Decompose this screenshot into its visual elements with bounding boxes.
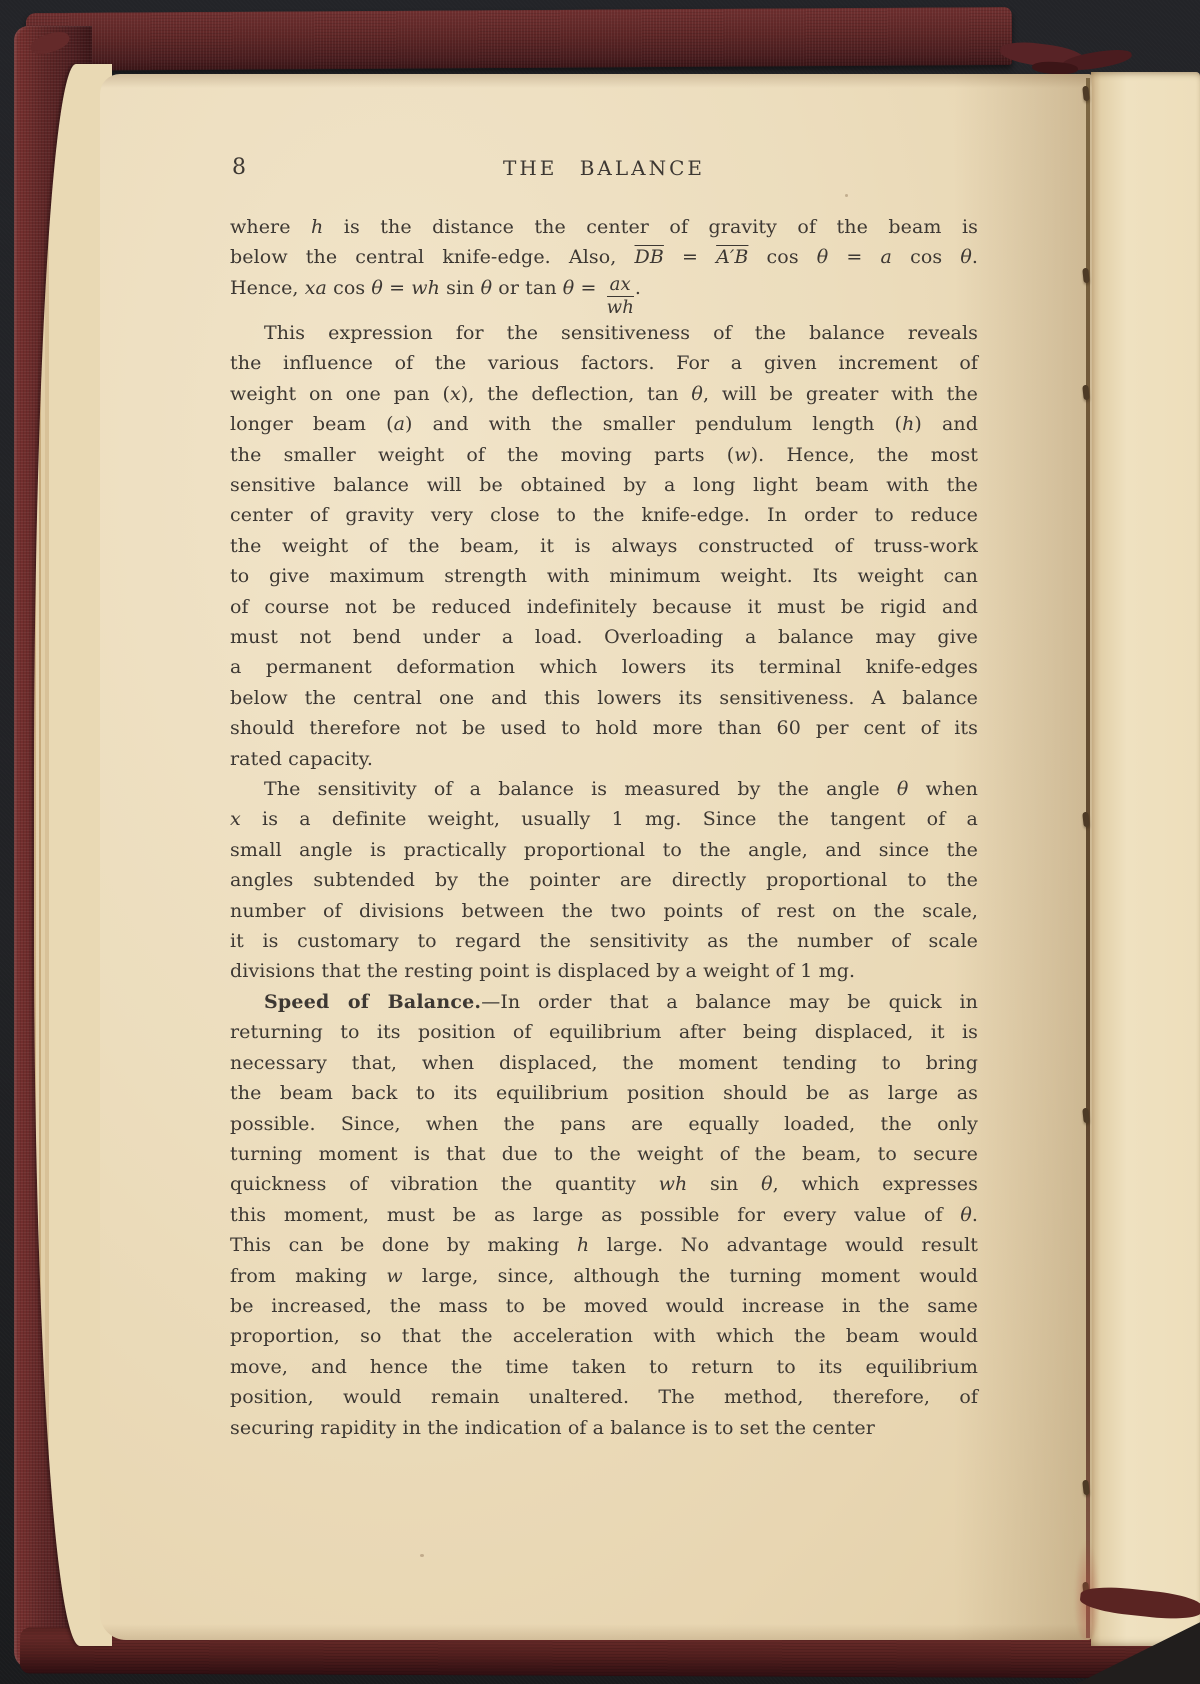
page-title: THE BALANCE — [230, 154, 978, 182]
paper-speck — [420, 1554, 424, 1557]
text-line: must not bend under a load. Overloading … — [230, 622, 978, 652]
running-head: 8 THE BALANCE — [230, 154, 978, 182]
text-line: it is customary to regard the sensitivit… — [230, 926, 978, 956]
text-line: be increased, the mass to be moved would… — [230, 1291, 978, 1321]
book-page: 8 THE BALANCE where h is the distance th… — [100, 74, 1092, 1640]
text-line: rated capacity. — [230, 744, 978, 774]
text-line: number of divisions between the two poin… — [230, 896, 978, 926]
text-line: should therefore not be used to hold mor… — [230, 713, 978, 743]
text-line: quickness of vibration the quantity wh s… — [230, 1169, 978, 1199]
text-line: the beam back to its equilibrium positio… — [230, 1078, 978, 1108]
text-line: weight on one pan (x), the deflection, t… — [230, 379, 978, 409]
text-line: center of gravity very close to the knif… — [230, 500, 978, 530]
text-line: the influence of the various factors. Fo… — [230, 348, 978, 378]
text-line: sensitive balance will be obtained by a … — [230, 470, 978, 500]
text-line: below the central one and this lowers it… — [230, 683, 978, 713]
text-line: necessary that, when displaced, the mome… — [230, 1048, 978, 1078]
text-line: this moment, must be as large as possibl… — [230, 1200, 978, 1230]
text-line: position, would remain unaltered. The me… — [230, 1382, 978, 1412]
text-line: from making w large, since, although the… — [230, 1261, 978, 1291]
text-line: The sensitivity of a balance is measured… — [230, 774, 978, 804]
text-line: where h is the distance the center of gr… — [230, 212, 978, 242]
text-line: securing rapidity in the indication of a… — [230, 1413, 978, 1443]
facing-page — [1091, 72, 1200, 1646]
text-line: the smaller weight of the moving parts (… — [230, 440, 978, 470]
text-line: angles subtended by the pointer are dire… — [230, 865, 978, 895]
book-gutter — [1086, 78, 1090, 1638]
text-line: This can be done by making h large. No a… — [230, 1230, 978, 1260]
book-photograph: 8 THE BALANCE where h is the distance th… — [0, 0, 1200, 1684]
text-line: to give maximum strength with minimum we… — [230, 561, 978, 591]
text-line: x is a definite weight, usually 1 mg. Si… — [230, 804, 978, 834]
text-line: longer beam (a) and with the smaller pen… — [230, 409, 978, 439]
text-line: possible. Since, when the pans are equal… — [230, 1109, 978, 1139]
text-line: divisions that the resting point is disp… — [230, 956, 978, 986]
text-line: the weight of the beam, it is always con… — [230, 531, 978, 561]
text-line: turning moment is that due to the weight… — [230, 1139, 978, 1169]
text-line: Hence, xa cos θ = wh sin θ or tan θ = ax… — [230, 273, 978, 318]
text-block: where h is the distance the center of gr… — [230, 212, 978, 1443]
text-line: proportion, so that the acceleration wit… — [230, 1321, 978, 1351]
paper-speck — [845, 194, 848, 197]
text-line: of course not be reduced indefinitely be… — [230, 592, 978, 622]
text-line: small angle is practically proportional … — [230, 835, 978, 865]
text-line: move, and hence the time taken to return… — [230, 1352, 978, 1382]
print-area: 8 THE BALANCE where h is the distance th… — [230, 154, 978, 1443]
text-line: below the central knife-edge. Also, DB =… — [230, 242, 978, 272]
book-cover-top-edge — [26, 7, 1012, 71]
text-line: Speed of Balance.—In order that a balanc… — [230, 987, 978, 1017]
text-line: returning to its position of equilibrium… — [230, 1017, 978, 1047]
text-line: This expression for the sensitiveness of… — [230, 318, 978, 348]
text-line: a permanent deformation which lowers its… — [230, 652, 978, 682]
